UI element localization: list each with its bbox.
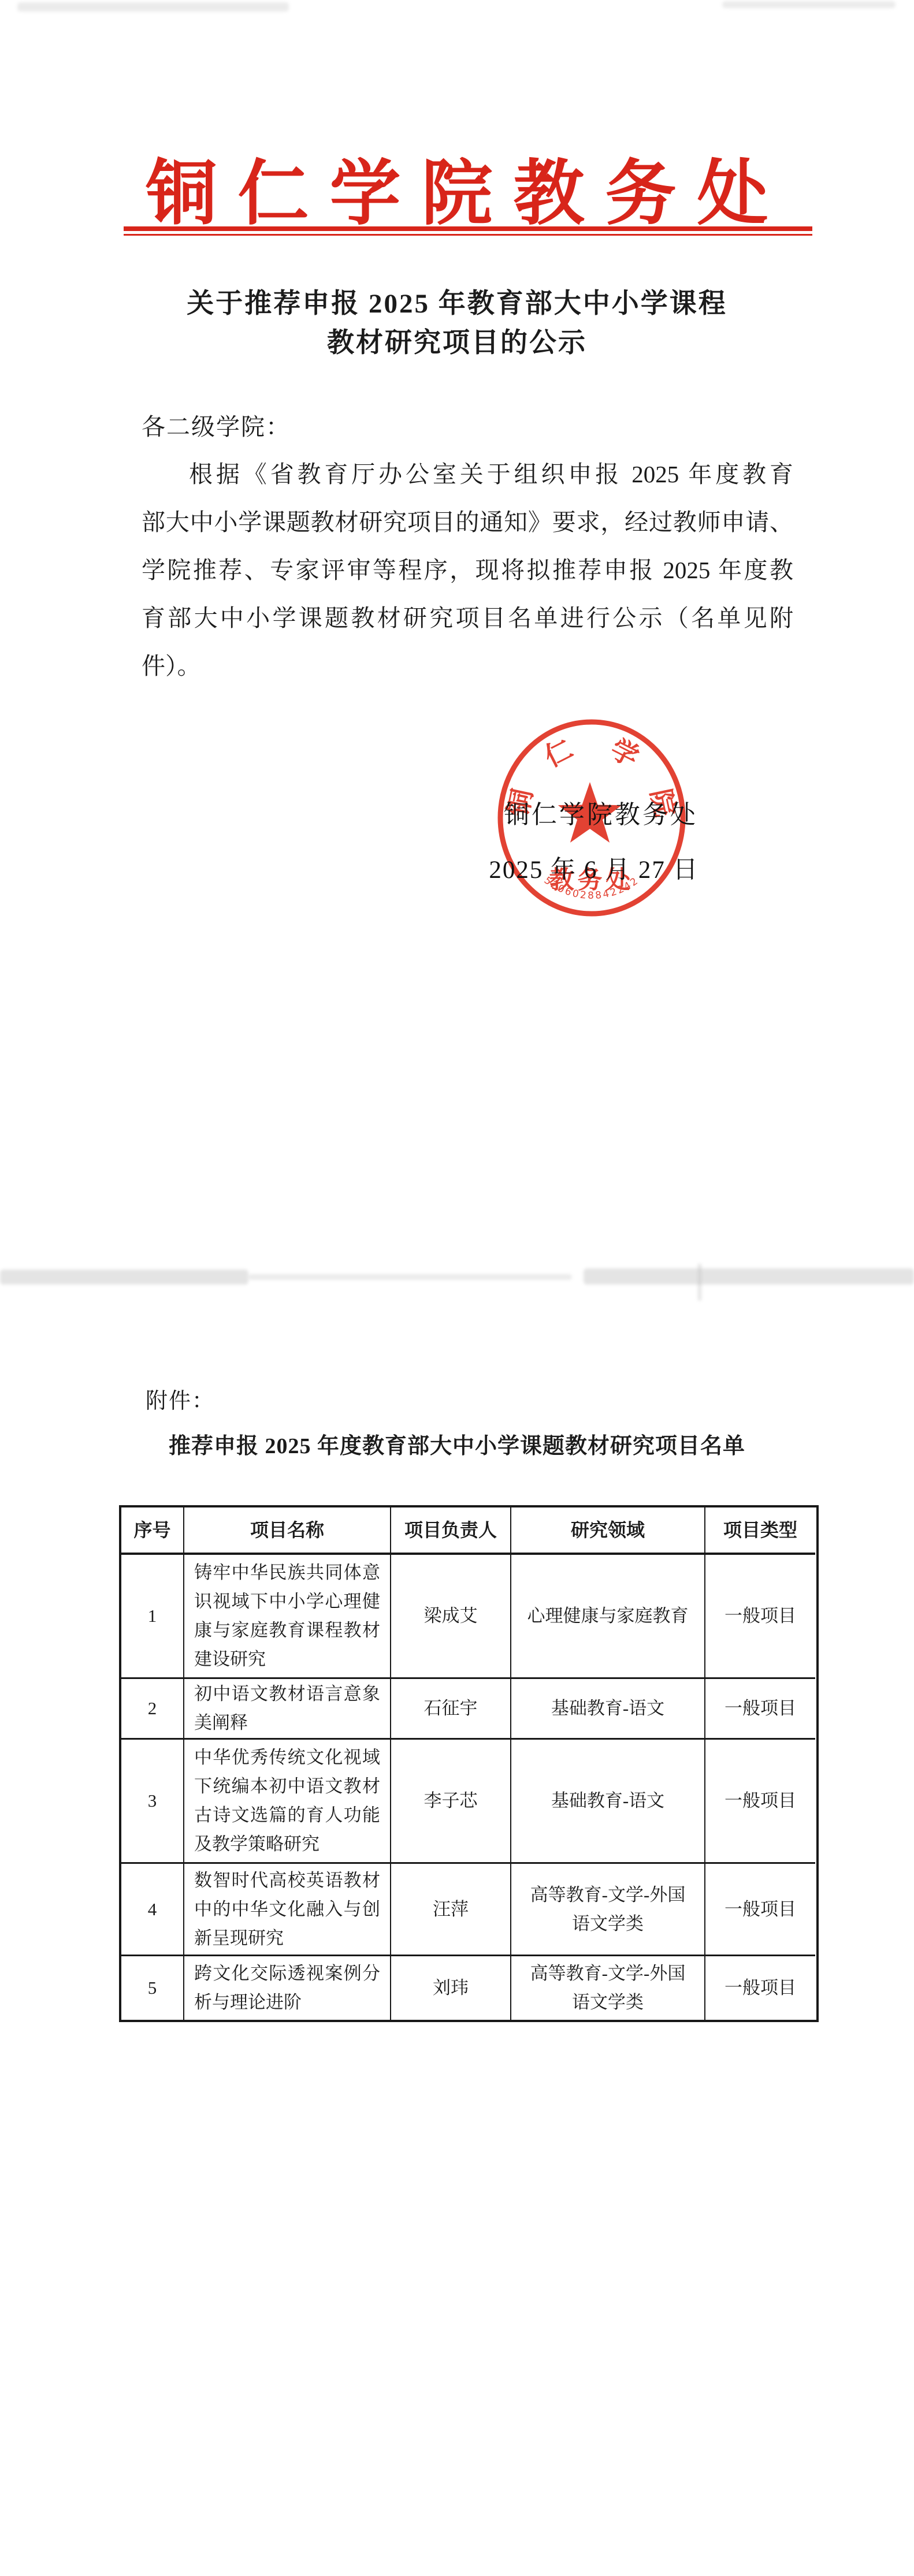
table-cell-no: 3 [121, 1740, 184, 1864]
letterhead-double-rule [124, 226, 812, 236]
table-cell-leader: 梁成艾 [391, 1555, 511, 1679]
table-cell-leader: 汪萍 [391, 1864, 511, 1956]
table-cell-type: 一般项目 [705, 1864, 815, 1956]
letterhead-org-title: 铜仁学院教务处 [0, 136, 914, 239]
table-cell-leader: 刘玮 [391, 1956, 511, 2020]
table-cell-no: 2 [121, 1679, 184, 1740]
scan-smudge-band-right [584, 1268, 914, 1285]
body-line: 育部大中小学课题教材研究项目名单进行公示（名单见附 [142, 599, 793, 633]
table-cell-name: 数智时代高校英语教材中的中华文化融入与创新呈现研究 [184, 1864, 391, 1956]
table-cell-field: 基础教育-语文 [511, 1740, 705, 1864]
body-line: 部大中小学课题教材研究项目的通知》要求，经过教师申请、 [142, 503, 793, 537]
signature-date: 2025 年 6 月 27 日 [404, 850, 783, 885]
salutation: 各二级学院： [142, 408, 291, 442]
table-cell-no: 5 [121, 1956, 184, 2020]
body-line: 根据《省教育厅办公室关于组织申报 2025 年度教育 [142, 455, 793, 489]
scan-smudge-band-left [0, 1270, 248, 1285]
attachment-table-title: 推荐申报 2025 年度教育部大中小学课题教材研究项目名单 [0, 1428, 914, 1460]
scan-noise-top-left [17, 2, 289, 12]
body-line: 学院推荐、专家评审等程序，现将拟推荐申报 2025 年度教 [142, 551, 793, 585]
project-name: 初中语文教材语言意象美阐释 [189, 1680, 385, 1737]
notice-title-line2: 教材研究项目的公示 [0, 321, 914, 360]
scan-noise-top-right [722, 1, 896, 8]
table-cell-field: 心理健康与家庭教育 [511, 1555, 705, 1679]
project-name: 跨文化交际透视案例分析与理论进阶 [189, 1959, 385, 2017]
table-cell-name: 铸牢中华民族共同体意识视域下中小学心理健康与家庭教育课程教材建设研究 [184, 1555, 391, 1679]
table-header-field: 研究领域 [511, 1507, 705, 1555]
table-cell-type: 一般项目 [705, 1956, 815, 2020]
table-cell-leader: 李子芯 [391, 1740, 511, 1864]
table-cell-name: 初中语文教材语言意象美阐释 [184, 1679, 391, 1740]
table-cell-name: 中华优秀传统文化视域下统编本初中语文教材古诗文选篇的育人功能及教学策略研究 [184, 1740, 391, 1864]
table-header-type: 项目类型 [705, 1507, 815, 1555]
project-name: 数智时代高校英语教材中的中华文化融入与创新呈现研究 [189, 1866, 385, 1953]
seal-ring-char: 学 [605, 734, 643, 773]
letterhead-rule-thin [124, 234, 812, 236]
attachment-label: 附件： [146, 1383, 215, 1414]
table-cell-field: 高等教育-文学-外国语文学类 [511, 1864, 705, 1956]
table-cell-no: 1 [121, 1555, 184, 1679]
project-name: 中华优秀传统文化视域下统编本初中语文教材古诗文选篇的育人功能及教学策略研究 [189, 1743, 385, 1859]
scan-smudge-tick [698, 1264, 701, 1301]
table-header-name: 项目名称 [184, 1507, 391, 1555]
notice-title-line1: 关于推荐申报 2025 年教育部大中小学课程 [0, 282, 914, 321]
table-cell-type: 一般项目 [705, 1679, 815, 1740]
body-line: 件）。 [142, 647, 793, 681]
scan-smudge-band-middle [248, 1274, 572, 1280]
scanned-notice-page: { "letterhead": { "org": "铜仁学院教务处" }, "n… [0, 0, 914, 2576]
signer-name: 铜仁学院教务处 [404, 794, 797, 831]
table-cell-field: 高等教育-文学-外国语文学类 [511, 1956, 705, 2020]
table-header-leader: 项目负责人 [391, 1507, 511, 1555]
seal-ring-char: 仁 [540, 734, 578, 773]
project-table: 序号 项目名称 项目负责人 研究领域 项目类型 1 铸牢中华民族共同体意识视域下… [119, 1505, 819, 2022]
table-cell-name: 跨文化交际透视案例分析与理论进阶 [184, 1956, 391, 2020]
table-cell-type: 一般项目 [705, 1555, 815, 1679]
table-cell-type: 一般项目 [705, 1740, 815, 1864]
table-cell-leader: 石征宇 [391, 1679, 511, 1740]
project-name: 铸牢中华民族共同体意识视域下中小学心理健康与家庭教育课程教材建设研究 [189, 1558, 385, 1674]
table-header-no: 序号 [121, 1507, 184, 1555]
letterhead-rule-thick [124, 226, 812, 231]
table-cell-no: 4 [121, 1864, 184, 1956]
table-cell-field: 基础教育-语文 [511, 1679, 705, 1740]
